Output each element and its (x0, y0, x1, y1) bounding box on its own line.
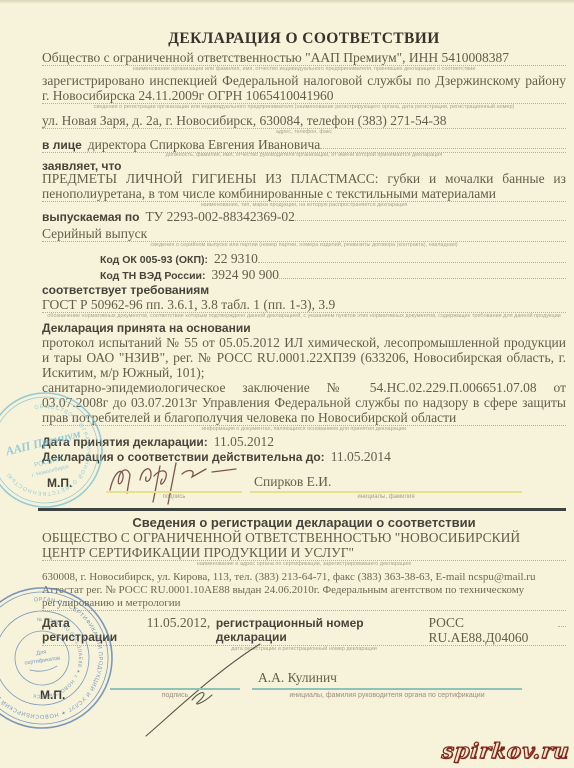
product-line: ПРЕДМЕТЫ ЛИЧНОЙ ГИГИЕНЫ ИЗ ПЛАСТМАСС: гу… (42, 171, 566, 201)
produced-by-row: выпускаемая по ТУ 2293-002-88342369-02 (42, 209, 566, 224)
watermark: spirkov.ru (441, 738, 571, 763)
adoption-date-row: Дата принятия декларации: 11.05.2012 (42, 434, 566, 449)
serial-field: Серийный выпуск (42, 226, 566, 242)
cert-org-field: ОБЩЕСТВО С ОГРАНИЧЕННОЙ ОТВЕТСТВЕННОСТЬЮ… (42, 530, 566, 561)
declarant-registration-field: зарегистрировано инспекцией Федеральной … (42, 73, 566, 104)
dotted-filler (258, 251, 566, 263)
adoption-date-value: 11.05.2012 (214, 434, 274, 449)
adoption-date-label: Дата принятия декларации: (42, 435, 208, 449)
conforms-label: соответствует требованиям (42, 283, 566, 297)
name-underline (250, 491, 522, 493)
signature-underline (106, 491, 242, 493)
cert-org-caption: наименование и адрес органа по сертифика… (46, 561, 562, 568)
signer-name: Спирков Е.И. (254, 474, 331, 490)
produced-by-value: ТУ 2293-002-88342369-02 (145, 209, 294, 224)
declarant-signature-block: М.П. Спирков Е.И. подпись инициалы, фами… (42, 464, 566, 508)
declaration-document: ОБЩЕСТВО С ОГРАНИЧЕННОЙ ОТВЕТСТВЕННОСТЬЮ… (0, 0, 574, 768)
reg-date-label: Дата регистрации (42, 616, 141, 644)
cert-signature-underline (110, 688, 240, 690)
declarant-name-field: Общество с ограниченной ответственностью… (42, 50, 566, 66)
declarant-name: Общество с ограниченной ответственностью… (42, 50, 566, 65)
declarant-registration: зарегистрировано инспекцией Федеральной … (42, 73, 566, 103)
signer-caption: инициалы, фамилия (250, 494, 522, 500)
gost-caption: обозначение нормативных документов, соот… (46, 313, 562, 320)
cert-name-underline (252, 688, 522, 690)
cert-org-address: 630008, г. Новосибирск, ул. Кирова, 113,… (42, 571, 566, 584)
cert-mp-label: М.П. (40, 688, 65, 702)
attestation-line: Аттестат рег. № РОСС RU.0001.10АЕ88 выда… (42, 584, 566, 610)
produced-by-label: выпускаемая по (42, 210, 139, 224)
document-title: ДЕКЛАРАЦИЯ О СООТВЕТСТВИИ (42, 30, 566, 48)
in-person-caption: должность, фамилия, имя, отчество руково… (46, 152, 562, 159)
declarant-address: ул. Новая Заря, д. 2а, г. Новосибирск, 6… (42, 113, 566, 128)
dotted-filler (279, 267, 566, 279)
reg-date-value: 11.05.2012, (147, 615, 211, 630)
basis-paragraph-2: санитарно-эпидемиологическое заключение … (42, 380, 566, 425)
section-separator (38, 508, 566, 511)
cert-signature-caption: подпись (110, 692, 240, 699)
dotted-filler (295, 209, 566, 221)
code-okp-value: 22 9310 (214, 251, 258, 266)
declarant-registration-caption: сведения о регистрации организации или и… (46, 104, 562, 111)
code-tnved-row: Код ТН ВЭД России: 3924 90 900 (42, 267, 566, 282)
dotted-filler (320, 137, 566, 149)
gost-line: ГОСТ Р 50962-96 пп. 3.6.1, 3.8 табл. 1 (… (42, 297, 566, 312)
registration-heading: Сведения о регистрации декларации о соот… (42, 516, 566, 530)
basis-label: Декларация принята на основании (42, 321, 566, 335)
in-person-value: директора Спиркова Евгения Ивановича (88, 137, 321, 152)
cert-head-signature (140, 640, 280, 740)
code-okp-label: Код ОК 005-93 (ОКП): (100, 254, 208, 266)
basis-caption: информация о документах, являющихся осно… (46, 426, 562, 433)
code-tnved-value: 3924 90 900 (211, 267, 279, 282)
reg-number-value: РОСС RU.АЕ88.Д04060 (428, 615, 558, 645)
cert-head-name: А.А. Кулинич (258, 670, 337, 686)
declarant-address-caption: адрес, телефон, факс (46, 129, 562, 136)
dotted-filler (558, 615, 566, 627)
gost-field: ГОСТ Р 50962-96 пп. 3.6.1, 3.8 табл. 1 (… (42, 297, 566, 313)
registration-date-row: Дата регистрации 11.05.2012, регистрацио… (42, 615, 566, 646)
basis-paragraph-1: протокол испытаний № 55 от 05.05.2012 ИЛ… (42, 335, 566, 380)
in-person-label: в лице (42, 138, 82, 152)
in-person-row: в лице директора Спиркова Евгения Иванов… (42, 137, 566, 153)
declarant-address-field: ул. Новая Заря, д. 2а, г. Новосибирск, 6… (42, 113, 566, 129)
cert-signature-block: М.П. А.А. Кулинич подпись инициалы, фами… (42, 652, 566, 732)
cert-org-name: ОБЩЕСТВО С ОГРАНИЧЕННОЙ ОТВЕТСТВЕННОСТЬЮ… (42, 530, 566, 560)
basis-paragraph-2-field: санитарно-эпидемиологическое заключение … (42, 380, 566, 426)
valid-until-value: 11.05.2014 (331, 449, 391, 464)
document-content: ДЕКЛАРАЦИЯ О СООТВЕТСТВИИ Общество с огр… (0, 0, 574, 768)
product-field: ПРЕДМЕТЫ ЛИЧНОЙ ГИГИЕНЫ ИЗ ПЛАСТМАСС: гу… (42, 171, 566, 202)
cert-head-caption: инициалы, фамилия руководителя органа по… (252, 692, 522, 699)
code-tnved-label: Код ТН ВЭД России: (100, 270, 205, 282)
attestation-field: Аттестат рег. № РОСС RU.0001.10АЕ88 выда… (42, 584, 566, 611)
signature-caption: подпись (106, 494, 242, 500)
serial-line: Серийный выпуск (42, 226, 566, 241)
code-okp-row: Код ОК 005-93 (ОКП): 22 9310 (42, 251, 566, 266)
declarant-mp-label: М.П. (47, 476, 72, 490)
serial-caption: сведения о серийном выпуске или партии (… (46, 242, 562, 249)
